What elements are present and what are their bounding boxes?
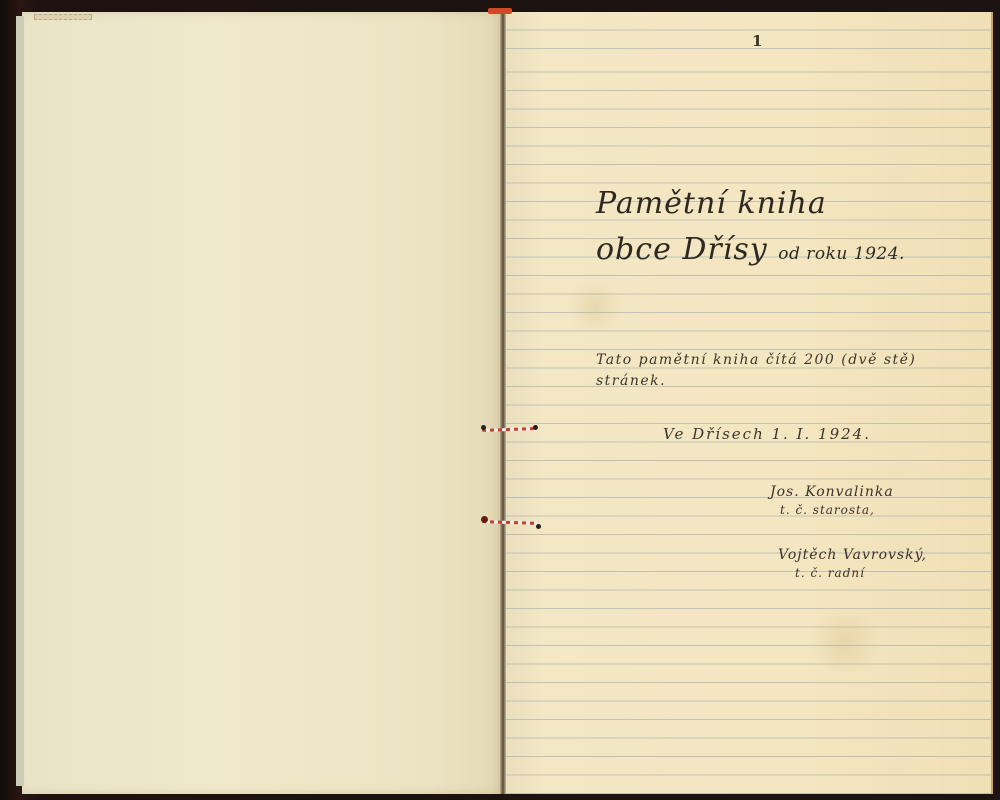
signature-1-role: t. č. starosta, [780,503,875,517]
paper-stain [565,282,625,332]
signature-2-name: Vojtěch Vavrovský, [778,547,927,563]
stitch-hole [481,425,486,430]
place-date: Ve Dřísech 1. I. 1924. [663,425,871,443]
book-gutter [500,12,506,794]
page-number: 1 [752,32,762,50]
flyleaf-edge [16,16,24,786]
title-line-1: Pamětní kniha [596,186,827,221]
title-line-2: obce Dřísy od roku 1924. [596,232,905,267]
stitch-hole [481,516,488,523]
stitch-hole [536,524,541,529]
binding-tape [34,14,92,20]
right-page [505,12,993,794]
signature-2-role: t. č. radní [795,566,865,580]
paper-stain [805,612,885,672]
title-line-2-small: od roku 1924. [778,244,905,264]
ruled-lines [505,12,991,794]
spine-red-edge [488,8,512,14]
signature-1-name: Jos. Konvalinka [770,484,894,500]
stitch-hole [533,425,538,430]
title-line-2-main: obce Dřísy [596,232,768,267]
page-count-note-line-2: stránek. [596,373,666,389]
left-page-blank [22,12,504,794]
page-count-note-line-1: Tato pamětní kniha čítá 200 (dvě stě) [596,352,916,368]
